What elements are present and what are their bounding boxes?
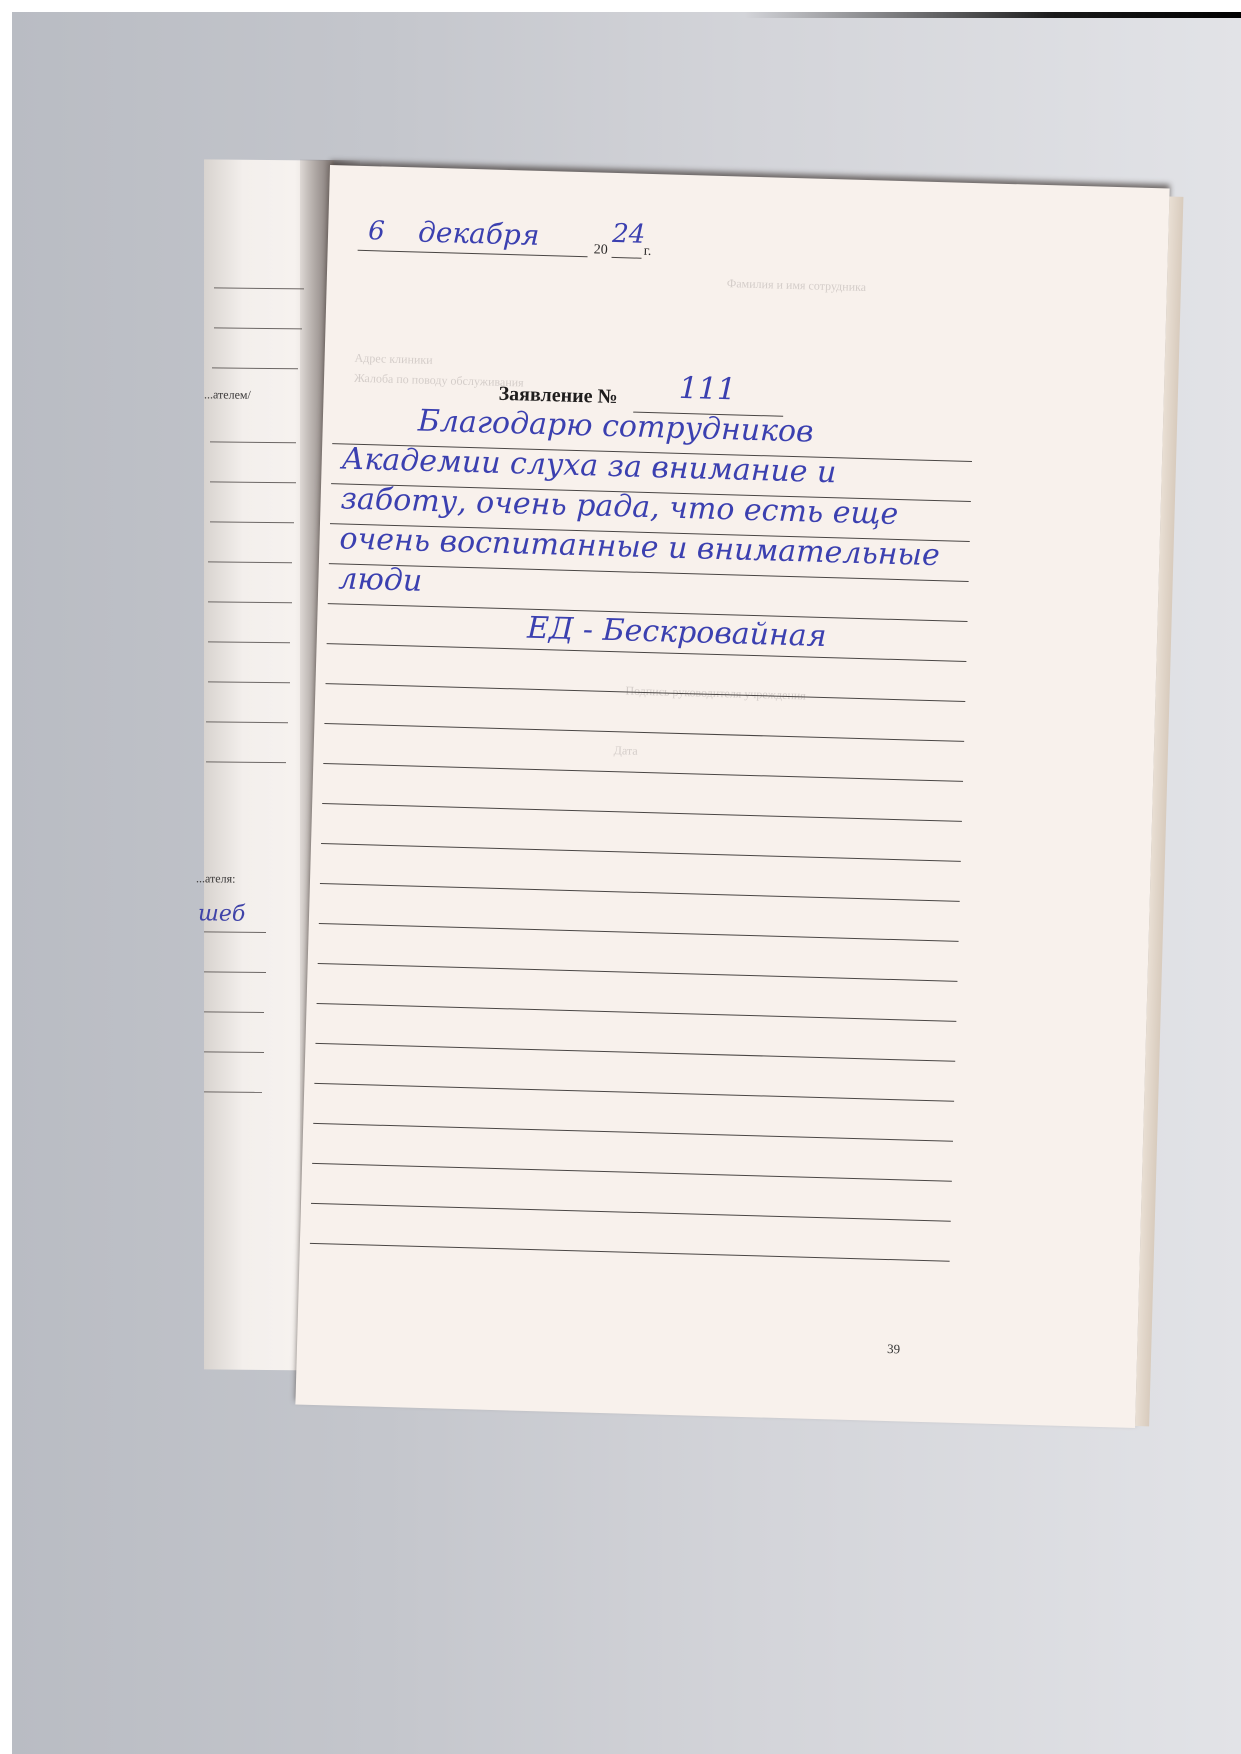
body-line-1: Благодарю сотрудников	[417, 404, 814, 450]
bleed-through-text: Фамилия и имя сотрудника	[727, 276, 867, 295]
ruled-line	[311, 1203, 951, 1222]
application-title: Заявление №	[498, 383, 618, 409]
ruled-line	[321, 843, 961, 862]
left-page-label: ...ателем/	[204, 387, 251, 402]
ruled-line	[324, 723, 964, 742]
left-rule	[212, 367, 298, 369]
ruled-line	[322, 803, 962, 822]
date-day: 6	[368, 216, 385, 246]
left-rule	[208, 681, 290, 683]
application-number: 111	[678, 371, 736, 408]
signature: ЕД - Бескровайная	[527, 611, 827, 654]
ruled-line	[317, 1003, 957, 1022]
ruled-line	[314, 1083, 954, 1102]
ruled-line	[323, 763, 963, 782]
ruled-line	[320, 883, 960, 902]
date-month: декабря	[418, 215, 540, 251]
date-underline	[358, 250, 588, 257]
left-rule	[210, 521, 294, 523]
left-rule	[206, 721, 288, 723]
year-underline	[612, 257, 642, 259]
left-rule	[208, 601, 292, 603]
ruled-line	[319, 923, 959, 942]
left-rule	[208, 561, 292, 563]
ruled-line	[310, 1243, 950, 1262]
body-line-5: люди	[338, 561, 423, 598]
left-page-label: ...ателя:	[196, 871, 235, 886]
left-rule	[204, 1011, 264, 1013]
left-rule	[204, 931, 266, 933]
year-prefix: 20	[593, 242, 607, 258]
year-suffix: 24	[612, 219, 646, 250]
bleed-through-text: Адрес клиники	[354, 351, 432, 368]
left-rule	[214, 327, 302, 329]
ruled-line	[313, 1123, 953, 1142]
ruled-line	[312, 1163, 952, 1182]
ruled-line	[315, 1043, 955, 1062]
page-number: 39	[887, 1341, 900, 1357]
left-rule	[214, 287, 304, 289]
ruled-line	[318, 963, 958, 982]
left-rule	[210, 441, 296, 443]
scan-top-edge	[0, 12, 1241, 18]
left-page-handwriting: шеб	[198, 901, 245, 926]
left-rule	[204, 1051, 264, 1053]
bleed-through-text: Дата	[614, 743, 638, 759]
left-rule	[210, 481, 296, 483]
left-rule	[208, 641, 290, 643]
main-page: Фамилия и имя сотрудника Адрес клиники Ж…	[295, 165, 1169, 1428]
left-rule	[204, 1091, 262, 1093]
left-rule	[206, 761, 286, 763]
left-rule	[204, 971, 266, 973]
year-label: г.	[643, 244, 651, 260]
